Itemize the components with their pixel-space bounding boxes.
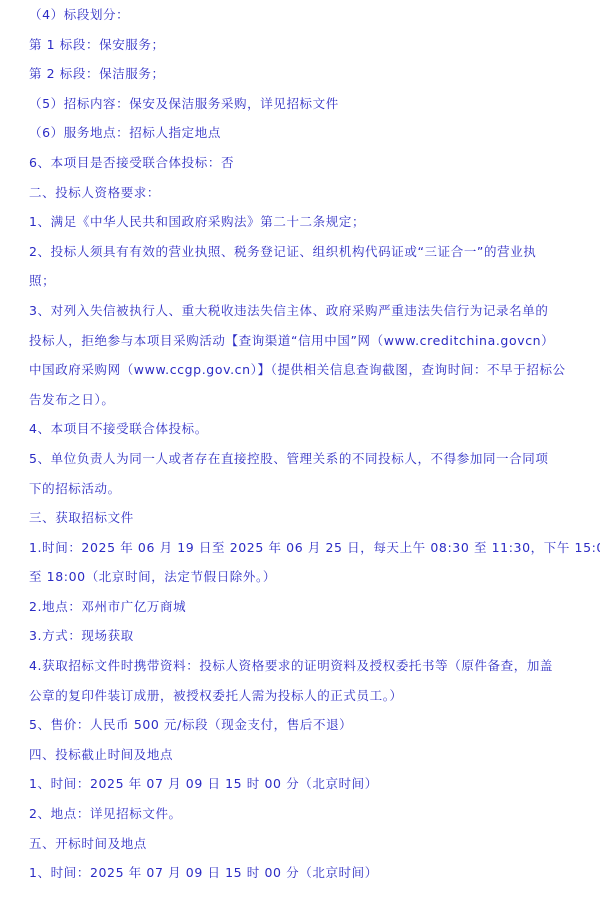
bid-deadline-time: 1、时间：2025 年 07 月 09 日 15 时 00 分（北京时间） <box>29 774 569 804</box>
tender-announcement-document: （4）标段划分： 第 1 标段：保安服务； 第 2 标段：保洁服务； （5）招标… <box>29 5 569 893</box>
obtain-time-line-1: 1.时间：2025 年 06 月 19 日至 2025 年 06 月 25 日，… <box>29 538 569 568</box>
lot-2-item: 第 2 标段：保洁服务； <box>29 64 569 94</box>
obtain-materials-line-2: 公章的复印件装订成册，被授权委托人需为投标人的正式员工。） <box>29 686 569 716</box>
qualification-3-line-4: 告发布之日）。 <box>29 390 569 420</box>
bid-deadline-location: 2、地点：详见招标文件。 <box>29 804 569 834</box>
qualification-4: 4、本项目不接受联合体投标。 <box>29 419 569 449</box>
tender-content-item: （5）招标内容：保安及保洁服务采购，详见招标文件 <box>29 94 569 124</box>
bid-opening-time: 1、时间：2025 年 07 月 09 日 15 时 00 分（北京时间） <box>29 863 569 893</box>
qualification-5-line-2: 下的招标活动。 <box>29 479 569 509</box>
section-2-heading: 二、投标人资格要求： <box>29 183 569 213</box>
lot-1-item: 第 1 标段：保安服务； <box>29 35 569 65</box>
section-5-heading: 五、开标时间及地点 <box>29 834 569 864</box>
section-4-heading: 四、投标截止时间及地点 <box>29 745 569 775</box>
qualification-2-line-2: 照； <box>29 271 569 301</box>
document-price: 5、售价：人民币 500 元/标段（现金支付，售后不退） <box>29 715 569 745</box>
obtain-materials-line-1: 4.获取招标文件时携带资料：投标人资格要求的证明资料及授权委托书等（原件备查，加… <box>29 656 569 686</box>
qualification-3-line-2: 投标人，拒绝参与本项目采购活动【查询渠道“信用中国”网（www.creditch… <box>29 331 569 361</box>
service-location-item: （6）服务地点：招标人指定地点 <box>29 123 569 153</box>
consortium-bid-item: 6、本项目是否接受联合体投标：否 <box>29 153 569 183</box>
section-3-heading: 三、获取招标文件 <box>29 508 569 538</box>
obtain-method: 3.方式：现场获取 <box>29 626 569 656</box>
obtain-time-line-2: 至 18:00（北京时间，法定节假日除外。） <box>29 567 569 597</box>
qualification-1: 1、满足《中华人民共和国政府采购法》第二十二条规定； <box>29 212 569 242</box>
qualification-5-line-1: 5、单位负责人为同一人或者存在直接控股、管理关系的不同投标人，不得参加同一合同项 <box>29 449 569 479</box>
qualification-2-line-1: 2、投标人须具有有效的营业执照、税务登记证、组织机构代码证或“三证合一”的营业执 <box>29 242 569 272</box>
obtain-location: 2.地点：邓州市广亿万商城 <box>29 597 569 627</box>
qualification-3-line-1: 3、对列入失信被执行人、重大税收违法失信主体、政府采购严重违法失信行为记录名单的 <box>29 301 569 331</box>
qualification-3-line-3: 中国政府采购网（www.ccgp.gov.cn）】（提供相关信息查询截图，查询时… <box>29 360 569 390</box>
section-lot-division-heading: （4）标段划分： <box>29 5 569 35</box>
